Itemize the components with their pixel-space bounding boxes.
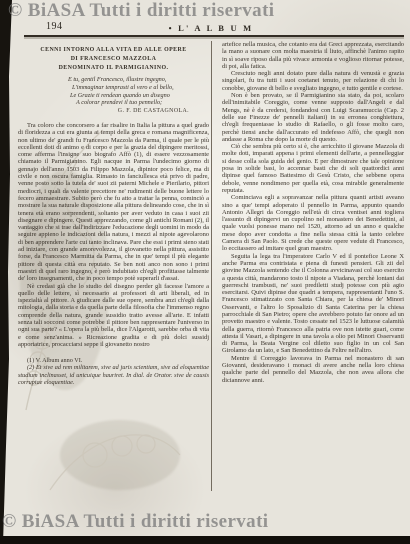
epigraph-verse: E tu, gentil Francesco, illustre ingegno… — [68, 76, 205, 116]
body-paragraph: Cresciuto negli anni dotato pure dalla n… — [222, 70, 404, 92]
body-paragraph: Tra coloro che concorsero a far risalire… — [18, 122, 209, 283]
footnote-2: (2) Et sive ad rem militarem, sive ad ju… — [18, 364, 209, 386]
text-columns: CENNI INTORNO ALLA VITA ED ALLE OPERE DI… — [18, 41, 404, 386]
journal-title: • L' A L B U M — [169, 23, 254, 33]
epigraph-line-2: L'immaginar temprasti al vero e al bello… — [72, 84, 205, 92]
watermark-top: © BiASA Tutti i diritti riservati — [8, 0, 275, 22]
body-paragraph: Nè credasi già che lo studio del disegno… — [18, 283, 209, 349]
body-paragraph: Seguita la lega tra l'imperatore Carlo V… — [222, 253, 404, 355]
article-heading: CENNI INTORNO ALLA VITA ED ALLE OPERE DI… — [18, 46, 209, 73]
epigraph-attribution: G. F. DE CASTAGNOLA. — [68, 108, 205, 116]
page-number: 194 — [46, 21, 63, 32]
right-column: artefice nella musica, che cotanto era d… — [222, 41, 404, 386]
body-paragraph: Non è ben provato, se il Parmigianino si… — [222, 92, 404, 143]
left-column: CENNI INTORNO ALLA VITA ED ALLE OPERE DI… — [18, 41, 209, 386]
footnotes: (1) V. Album anno VI. (2) Et sive ad rem… — [18, 357, 209, 386]
epigraph-line-4: A colorar prendevi il tuo pennello; — [76, 99, 205, 107]
body-paragraph: Mentre il Correggio lavorava in Parma ne… — [222, 355, 404, 384]
article-heading-line-2: DI FRANCESCO MAZZOLA — [18, 55, 209, 64]
header-rule — [24, 35, 404, 37]
body-paragraph: Ciò che sembra più certo si è, che arric… — [222, 143, 404, 194]
epigraph-line-1: E tu, gentil Francesco, illustre ingegno… — [68, 76, 205, 84]
body-paragraph: Cominciava egli a sopravanzar nella pitt… — [222, 194, 404, 252]
scanned-page: 194 • L' A L B U M CENNI INTORNO ALLA VI… — [0, 0, 410, 544]
article-heading-line-1: CENNI INTORNO ALLA VITA ED ALLE OPERE — [18, 46, 209, 55]
body-paragraph: artefice nella musica, che cotanto era d… — [222, 41, 404, 70]
epigraph-line-3: Le Grazie ti rendean quando un disegno — [70, 92, 205, 100]
footnote-1: (1) V. Album anno VI. — [18, 357, 209, 364]
embossed-stamp-flourish — [40, 400, 190, 510]
watermark-bottom: © BiASA Tutti i diritti riservati — [2, 511, 269, 533]
scan-edge-bottom — [0, 536, 410, 544]
article-heading-line-3: DENOMINATO IL PARMIGIANINO. — [18, 64, 209, 73]
page-header: 194 • L' A L B U M — [20, 21, 402, 34]
